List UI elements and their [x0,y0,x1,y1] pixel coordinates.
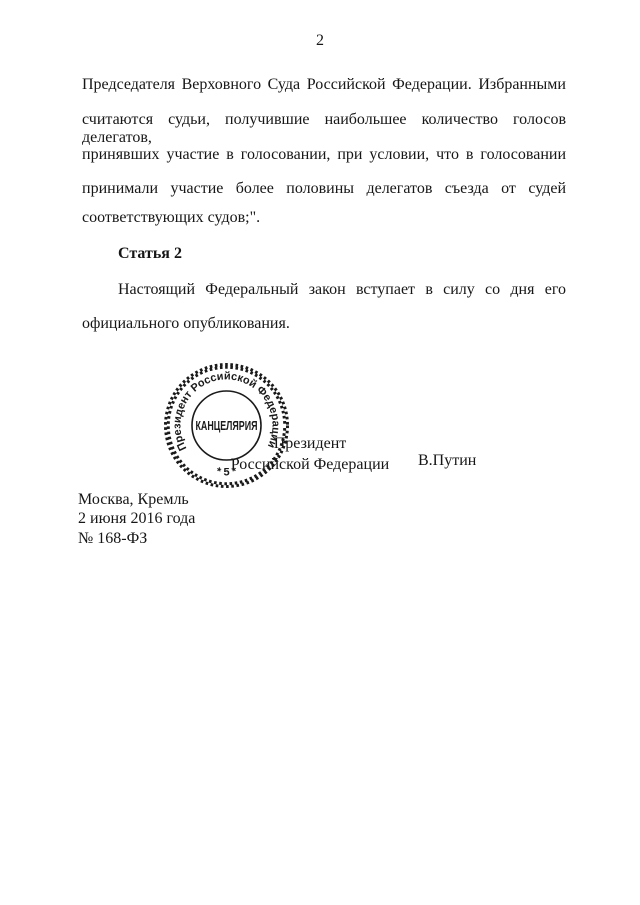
paragraph-line: принявших участие в голосовании, при усл… [82,146,566,164]
footer-date: 2 июня 2016 года [78,509,195,528]
article-heading: Статья 2 [82,245,566,263]
paragraph-line: официального опубликования. [82,315,566,333]
footer-place: Москва, Кремль [78,490,195,509]
paragraph-line: считаются судьи, получившие наибольшее к… [82,111,566,148]
paragraph-line: Председателя Верховного Суда Российской … [82,76,566,94]
document-page: 2 Председателя Верховного Суда Российско… [0,0,640,905]
stamp-seal-icon: Президент Российской Федерации * 5 * КАН… [163,362,290,489]
footer-number: № 168-ФЗ [78,529,195,548]
stamp-bottom-number: * 5 * [216,465,238,478]
stamp-center-text: КАНЦЕЛЯРИЯ [196,419,258,433]
paragraph-line: принимали участие более половины делегат… [82,180,566,198]
footer-block: Москва, Кремль 2 июня 2016 года № 168-ФЗ [78,490,195,548]
paragraph-line: соответствующих судов;". [82,209,566,227]
svg-text:* 5 *: * 5 * [216,465,238,478]
page-number: 2 [0,33,640,49]
signature-name: В.Путин [418,452,476,470]
paragraph-line: Настоящий Федеральный закон вступает в с… [82,281,566,299]
presidential-chancellery-stamp: Президент Российской Федерации * 5 * КАН… [163,362,290,489]
